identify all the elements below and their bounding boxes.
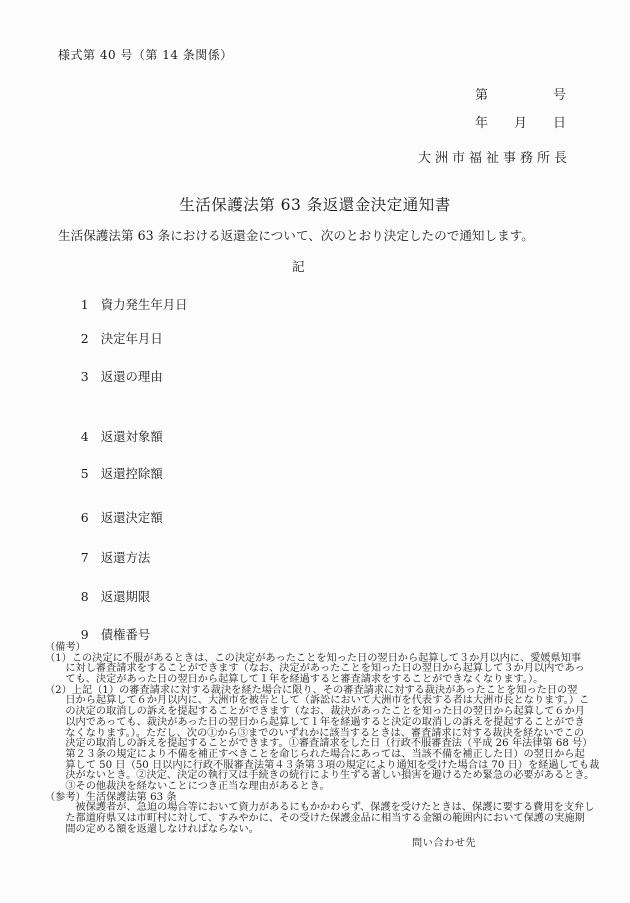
intro-text: 生活保護法第 63 条における返還金について、次のとおり決定したので通知します。 — [58, 225, 534, 244]
remarks-section: （備考） （1）この決定に不服があるときは、この決定があったことを知った日の翌日… — [45, 643, 599, 835]
item-number: 2 — [81, 331, 101, 346]
item-label: 返還の理由 — [101, 369, 163, 384]
ki-heading: 記 — [292, 256, 305, 275]
item-number: 5 — [81, 466, 101, 481]
item-label: 債権番号 — [101, 627, 151, 642]
item-number: 6 — [81, 510, 101, 525]
contact-label: 問い合わせ先 — [412, 834, 476, 849]
item-label: 返還決定額 — [101, 510, 163, 525]
issuer-name: 大洲市福祉事務所長 — [418, 147, 571, 166]
remark-line: 以内であっても、裁決があった日の翌日から起算して１年を経過すると決定の取消しの訴… — [45, 718, 599, 729]
remark-line: 第２３条の規定により不備を補正すべきことを命じられた場合にあっては、当該不備を補… — [45, 750, 599, 761]
document-number-line: 第 号 — [475, 84, 566, 103]
list-item: 5返還控除額 — [65, 449, 163, 497]
remark-line: 間の定める額を返還しなければならない。 — [45, 825, 599, 836]
form-number: 様式第 40 号（第 14 条関係） — [58, 46, 233, 63]
item-label: 返還対象額 — [101, 429, 163, 444]
item-label: 返還方法 — [101, 550, 151, 565]
item-number: 7 — [81, 550, 101, 565]
item-label: 決定年月日 — [101, 331, 163, 346]
item-label: 資力発生年月日 — [101, 297, 188, 312]
document-page: 様式第 40 号（第 14 条関係） 第 号 年 月 日 大洲市福祉事務所長 生… — [0, 0, 630, 903]
document-title: 生活保護法第 63 条返還金決定通知書 — [0, 193, 630, 215]
item-number: 4 — [81, 429, 101, 444]
item-number: 1 — [81, 297, 101, 312]
date-line: 年 月 日 — [475, 112, 566, 131]
item-number: 8 — [81, 589, 101, 604]
list-item: 3返還の理由 — [65, 352, 163, 400]
item-number: 9 — [81, 627, 101, 642]
item-label: 返還控除額 — [101, 466, 163, 481]
item-label: 返還期限 — [101, 589, 151, 604]
item-number: 3 — [81, 369, 101, 384]
